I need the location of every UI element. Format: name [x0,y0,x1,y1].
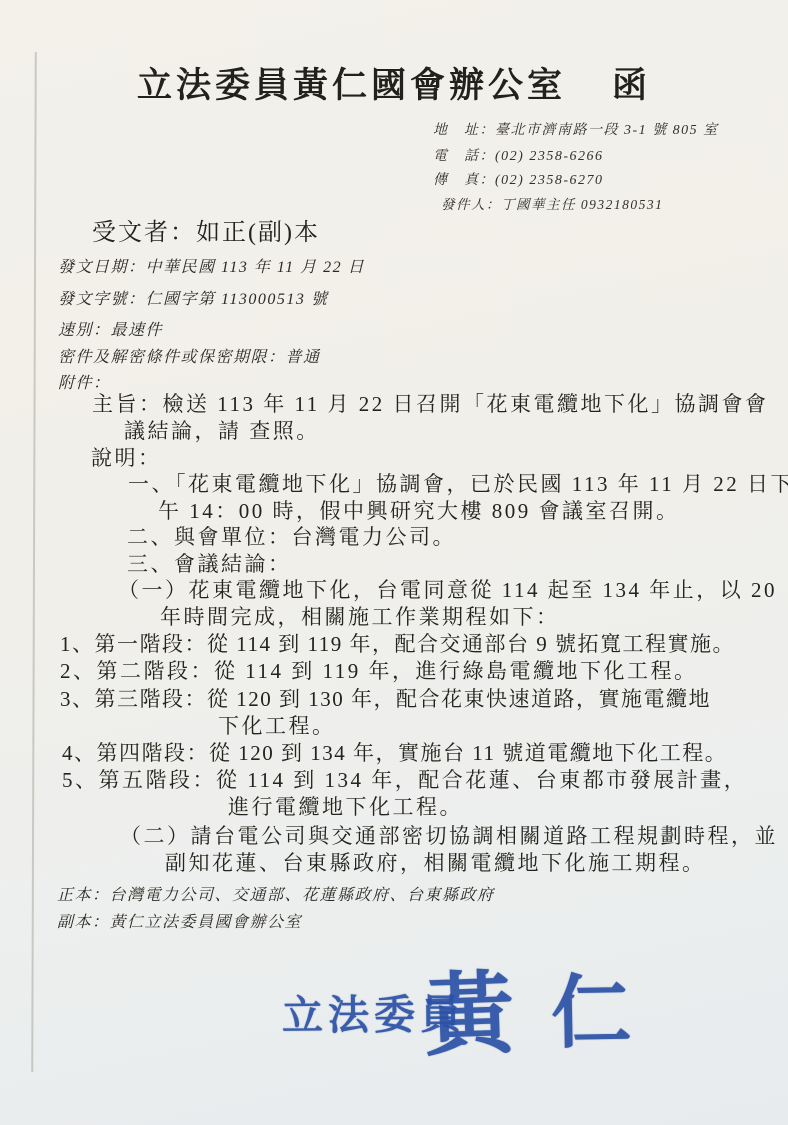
stage-1-line: 1、第一階段：從 114 到 119 年，配合交通部台 9 號拓寬工程實施。 [60,628,735,658]
stage-3-line-1: 3、第三階段：從 120 到 130 年，配合花東快速道路，實施電纜地 [60,683,711,713]
conclusion-2-line-2: 副知花蓮、台東縣政府，相關電纜地下化施工期程。 [165,847,706,877]
phone-line: 電 話：(02) 2358-6266 [433,145,604,165]
explanation-item-2: 二、與會單位：台灣電力公司。 [127,521,456,551]
stamp-name-char-1: 黃 [422,940,516,1073]
issue-date-line: 發文日期：中華民國 113 年 11 月 22 日 [58,254,365,277]
security-line: 密件及解密條件或保密期限：普通 [58,344,321,367]
document-title-type: 函 [612,66,651,105]
address-line: 地 址：臺北市濟南路一段 3-1 號 805 室 [433,119,719,139]
stamp-name-char-2: 仁 [550,947,632,1063]
document-title-office: 立法委員黃仁國會辦公室 [137,66,566,105]
explanation-item-1-line-1: 一、「花東電纜地下化」協調會，已於民國 113 年 11 月 22 日下 [128,468,788,498]
sender-line: 發件人：丁國華主任 0932180531 [441,193,663,213]
conclusion-1-line-2: 年時間完成，相關施工作業期程如下： [160,601,560,631]
subject-line-1: 主旨：檢送 113 年 11 月 22 日召開「花東電纜地下化」協調會會 [92,388,768,418]
stage-2-line: 2、第二階段：從 114 到 119 年，進行綠島電纜地下化工程。 [60,655,697,685]
fax-line: 傳 真：(02) 2358-6270 [433,169,604,189]
document-title: 立法委員黃仁國會辦公室函 [0,58,788,108]
distribution-original-line: 正本：台灣電力公司、交通部、花蓮縣政府、台東縣政府 [57,882,495,905]
subject-line-2: 議結論，請 查照。 [124,415,320,445]
distribution-copy-line: 副本：黃仁立法委員國會辦公室 [57,909,302,932]
recipient-line: 受文者：如正(副)本 [92,212,320,247]
stage-5-line-2: 進行電纜地下化工程。 [228,791,463,821]
conclusion-2-line-1: （二）請台電公司與交通部密切協調相關道路工程規劃時程，並 [120,820,778,850]
stage-5-line-1: 5、第五階段：從 114 到 134 年，配合花蓮、台東都市發展計畫， [62,764,747,794]
document-photo: 立法委員黃仁國會辦公室函 地 址：臺北市濟南路一段 3-1 號 805 室 電 … [0,0,788,1125]
speed-line: 速別：最速件 [58,317,163,340]
stage-4-line: 4、第四階段：從 120 到 134 年，實施台 11 號道電纜地下化工程。 [62,737,727,767]
conclusion-1-line-1: （一）花東電纜地下化，台電同意從 114 起至 134 年止，以 20 [118,574,777,604]
doc-number-line: 發文字號：仁國字第 113000513 號 [58,286,328,309]
paper-left-edge [31,52,36,1072]
stage-3-line-2: 下化工程。 [218,710,336,740]
